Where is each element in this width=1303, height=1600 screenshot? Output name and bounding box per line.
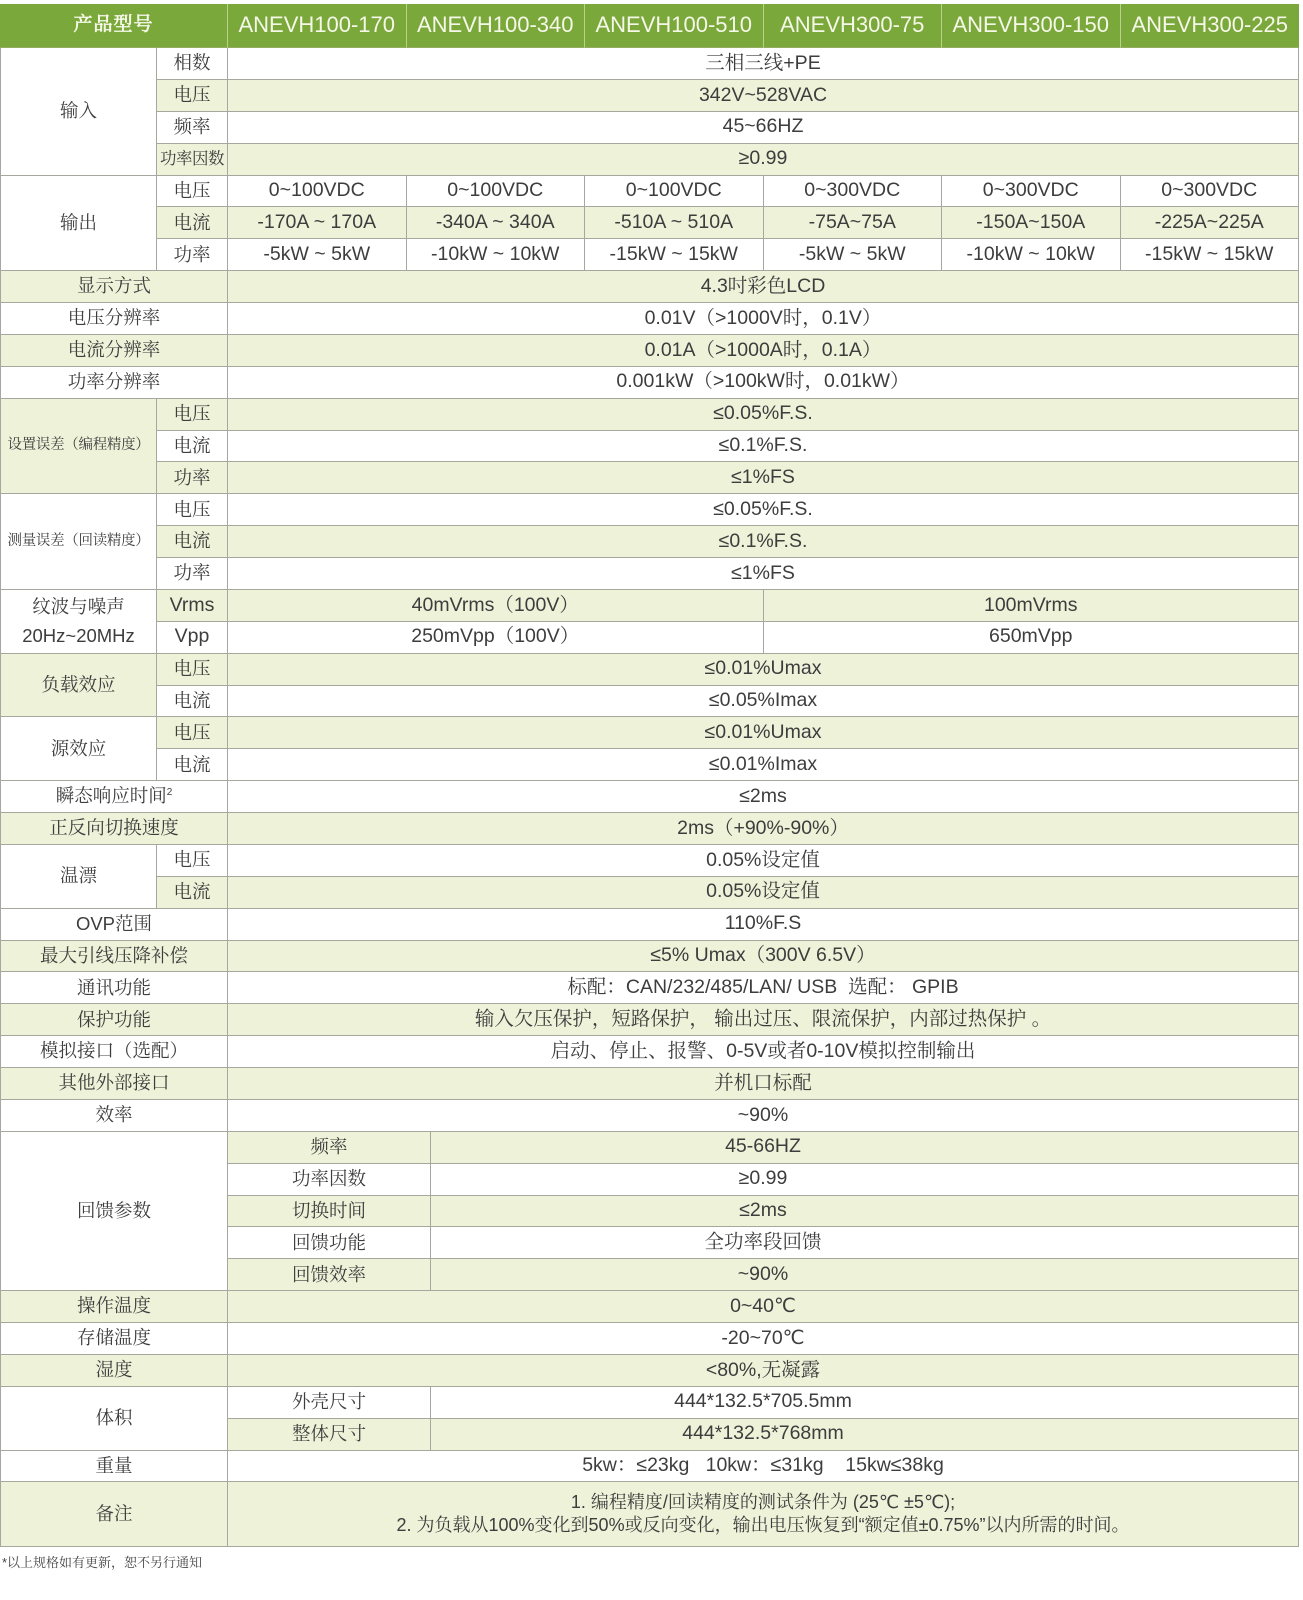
ripple-noise-label: 纹波与噪声 20Hz~20MHz	[0, 590, 157, 654]
storage-temperature-label: 存储温度	[0, 1323, 228, 1355]
source-regulation-current-value: ≤0.01%Imax	[228, 749, 1299, 781]
output-voltage-value: 0~100VDC	[407, 176, 586, 208]
product-model-header: 产品型号	[0, 4, 228, 48]
model-header: ANEVH300-150	[942, 4, 1121, 48]
output-voltage-value: 0~300VDC	[764, 176, 943, 208]
ripple-vpp-value: 650mVpp	[764, 622, 1300, 654]
display-mode-value: 4.3吋彩色LCD	[228, 271, 1299, 303]
input-group-label: 输入	[0, 48, 157, 176]
regenerative-function-value: 全功率段回馈	[431, 1227, 1299, 1259]
overall-size-label: 整体尺寸	[228, 1419, 431, 1451]
setting-error-label: 设置误差（编程精度）	[0, 399, 157, 495]
output-power-value: -15kW ~ 15kW	[585, 239, 764, 271]
storage-temperature-value: -20~70℃	[228, 1323, 1299, 1355]
load-regulation-current-label: 电流	[157, 686, 228, 718]
ripple-vpp-value: 250mVpp（100V）	[228, 622, 764, 654]
load-regulation-voltage-label: 电压	[157, 654, 228, 686]
ripple-vpp-label: Vpp	[157, 622, 228, 654]
input-frequency-value: 45~66HZ	[228, 112, 1299, 144]
input-phase-label: 相数	[157, 48, 228, 80]
output-voltage-value: 0~300VDC	[1121, 176, 1300, 208]
source-regulation-current-label: 电流	[157, 749, 228, 781]
efficiency-label: 效率	[0, 1100, 228, 1132]
efficiency-value: ~90%	[228, 1100, 1299, 1132]
input-phase-value: 三相三线+PE	[228, 48, 1299, 80]
power-resolution-value: 0.001kW（>100kW时，0.01kW）	[228, 367, 1299, 399]
input-power-factor-label: 功率因数	[157, 144, 228, 176]
transient-response-text: 瞬态响应时间	[56, 785, 167, 806]
output-current-value: -170A ~ 170A	[228, 207, 407, 239]
input-frequency-label: 频率	[157, 112, 228, 144]
ripple-vrms-value: 100mVrms	[764, 590, 1300, 622]
weight-value: 5kw：≤23kg 10kw：≤31kg 15kw≤38kg	[228, 1451, 1299, 1483]
footnote-ref: 2	[167, 787, 173, 798]
input-voltage-label: 电压	[157, 80, 228, 112]
input-voltage-value: 342V~528VAC	[228, 80, 1299, 112]
transient-response-value: ≤2ms	[228, 781, 1299, 813]
regenerative-efficiency-value: ~90%	[431, 1259, 1299, 1291]
switch-speed-value: 2ms（+90%-90%）	[228, 813, 1299, 845]
temperature-drift-voltage-value: 0.05%设定值	[228, 845, 1299, 877]
model-header: ANEVH300-225	[1121, 4, 1300, 48]
output-current-value: -225A~225A	[1121, 207, 1300, 239]
output-power-value: -10kW ~ 10kW	[942, 239, 1121, 271]
output-current-value: -340A ~ 340A	[407, 207, 586, 239]
dimensions-label: 体积	[0, 1387, 228, 1451]
protection-label: 保护功能	[0, 1004, 228, 1036]
notes-value: 1. 编程精度/回读精度的测试条件为 (25℃ ±5℃); 2. 为负载从100…	[228, 1482, 1299, 1547]
regenerative-efficiency-label: 回馈效率	[228, 1259, 431, 1291]
communication-value: 标配：CAN/232/485/LAN/ USB 选配： GPIB	[228, 972, 1299, 1004]
load-regulation-voltage-value: ≤0.01%Umax	[228, 654, 1299, 686]
ripple-noise-title: 纹波与噪声	[32, 592, 125, 621]
transient-response-label: 瞬态响应时间2	[0, 781, 228, 813]
regenerative-function-label: 回馈功能	[228, 1227, 431, 1259]
output-group-label: 输出	[0, 176, 157, 272]
setting-error-voltage-value: ≤0.05%F.S.	[228, 399, 1299, 431]
output-current-value: -510A ~ 510A	[585, 207, 764, 239]
output-voltage-value: 0~100VDC	[228, 176, 407, 208]
setting-error-power-label: 功率	[157, 462, 228, 494]
setting-error-current-label: 电流	[157, 431, 228, 463]
model-header: ANEVH100-340	[407, 4, 586, 48]
analog-interface-value: 启动、停止、报警、0-5V或者0-10V模拟控制输出	[228, 1036, 1299, 1068]
setting-error-voltage-label: 电压	[157, 399, 228, 431]
analog-interface-label: 模拟接口（选配）	[0, 1036, 228, 1068]
power-resolution-label: 功率分辨率	[0, 367, 228, 399]
setting-error-power-value: ≤1%FS	[228, 462, 1299, 494]
ripple-vrms-label: Vrms	[157, 590, 228, 622]
source-regulation-voltage-value: ≤0.01%Umax	[228, 717, 1299, 749]
measurement-error-voltage-value: ≤0.05%F.S.	[228, 494, 1299, 526]
regenerative-switch-time-value: ≤2ms	[431, 1196, 1299, 1228]
protection-value: 输入欠压保护，短路保护， 输出过压、限流保护，内部过热保护 。	[228, 1004, 1299, 1036]
display-mode-label: 显示方式	[0, 271, 228, 303]
notes-label: 备注	[0, 1482, 228, 1547]
switch-speed-label: 正反向切换速度	[0, 813, 228, 845]
humidity-value: <80%,无凝露	[228, 1355, 1299, 1387]
other-interfaces-label: 其他外部接口	[0, 1068, 228, 1100]
temperature-drift-current-label: 电流	[157, 877, 228, 909]
output-power-value: -5kW ~ 5kW	[228, 239, 407, 271]
output-power-value: -15kW ~ 15kW	[1121, 239, 1300, 271]
source-regulation-voltage-label: 电压	[157, 717, 228, 749]
output-voltage-label: 电压	[157, 176, 228, 208]
measurement-error-power-label: 功率	[157, 558, 228, 590]
current-resolution-value: 0.01A（>1000A时，0.1A）	[228, 335, 1299, 367]
regenerative-frequency-label: 频率	[228, 1132, 431, 1164]
output-voltage-value: 0~100VDC	[585, 176, 764, 208]
output-voltage-value: 0~300VDC	[942, 176, 1121, 208]
measurement-error-current-value: ≤0.1%F.S.	[228, 526, 1299, 558]
load-regulation-label: 负载效应	[0, 654, 157, 718]
output-current-value: -150A~150A	[942, 207, 1121, 239]
temperature-drift-current-value: 0.05%设定值	[228, 877, 1299, 909]
regenerative-switch-time-label: 切换时间	[228, 1196, 431, 1228]
lead-drop-compensation-label: 最大引线压降补偿	[0, 941, 228, 973]
current-resolution-label: 电流分辨率	[0, 335, 228, 367]
source-regulation-label: 源效应	[0, 717, 157, 781]
note-line: 2. 为负载从100%变化到50%或反向变化，输出电压恢复到“额定值±0.75%…	[397, 1514, 1130, 1537]
spec-table: 产品型号 ANEVH100-170 ANEVH100-340 ANEVH100-…	[0, 4, 1299, 1547]
regenerative-power-factor-label: 功率因数	[228, 1164, 431, 1196]
measurement-error-label: 测量误差（回读精度）	[0, 494, 157, 590]
overall-size-value: 444*132.5*768mm	[431, 1419, 1299, 1451]
output-current-value: -75A~75A	[764, 207, 943, 239]
setting-error-current-value: ≤0.1%F.S.	[228, 431, 1299, 463]
voltage-resolution-value: 0.01V（>1000V时，0.1V）	[228, 303, 1299, 335]
output-power-value: -5kW ~ 5kW	[764, 239, 943, 271]
temperature-drift-voltage-label: 电压	[157, 845, 228, 877]
other-interfaces-value: 并机口标配	[228, 1068, 1299, 1100]
model-header: ANEVH100-170	[228, 4, 407, 48]
enclosure-size-value: 444*132.5*705.5mm	[431, 1387, 1299, 1419]
lead-drop-compensation-value: ≤5% Umax（300V 6.5V）	[228, 941, 1299, 973]
load-regulation-current-value: ≤0.05%Imax	[228, 686, 1299, 718]
operating-temperature-label: 操作温度	[0, 1291, 228, 1323]
temperature-drift-label: 温漂	[0, 845, 157, 909]
ripple-noise-range: 20Hz~20MHz	[22, 621, 135, 650]
enclosure-size-label: 外壳尺寸	[228, 1387, 431, 1419]
measurement-error-voltage-label: 电压	[157, 494, 228, 526]
communication-label: 通讯功能	[0, 972, 228, 1004]
voltage-resolution-label: 电压分辨率	[0, 303, 228, 335]
ovp-range-label: OVP范围	[0, 909, 228, 941]
output-power-value: -10kW ~ 10kW	[407, 239, 586, 271]
operating-temperature-value: 0~40℃	[228, 1291, 1299, 1323]
footnote: *以上规格如有更新，恕不另行通知	[2, 1552, 202, 1571]
regenerative-label: 回馈参数	[0, 1132, 228, 1291]
model-header: ANEVH300-75	[764, 4, 943, 48]
note-line: 1. 编程精度/回读精度的测试条件为 (25℃ ±5℃);	[571, 1491, 955, 1514]
regenerative-power-factor-value: ≥0.99	[431, 1164, 1299, 1196]
weight-label: 重量	[0, 1451, 228, 1483]
regenerative-frequency-value: 45-66HZ	[431, 1132, 1299, 1164]
humidity-label: 湿度	[0, 1355, 228, 1387]
output-current-label: 电流	[157, 207, 228, 239]
measurement-error-power-value: ≤1%FS	[228, 558, 1299, 590]
ripple-vrms-value: 40mVrms（100V）	[228, 590, 764, 622]
input-power-factor-value: ≥0.99	[228, 144, 1299, 176]
ovp-range-value: 110%F.S	[228, 909, 1299, 941]
model-header: ANEVH100-510	[585, 4, 764, 48]
measurement-error-current-label: 电流	[157, 526, 228, 558]
output-power-label: 功率	[157, 239, 228, 271]
